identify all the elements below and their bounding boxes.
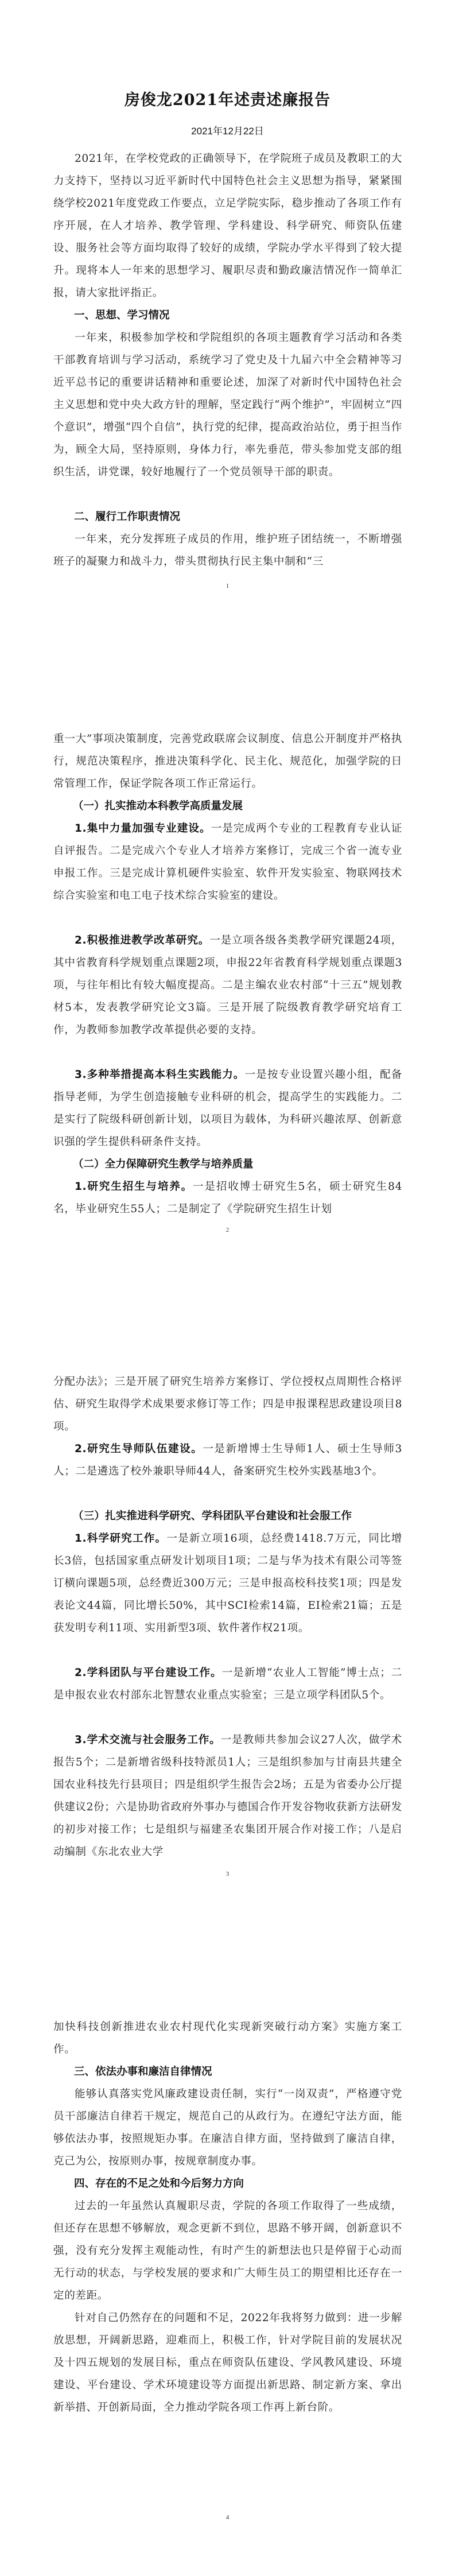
section-4-body-part-2: 针对自己仍然存在的问题和不足，2022年我将努力做到：进一步解放思想，开阔新思路… (53, 2307, 402, 2419)
section-4-body-part-1: 过去的一年虽然认真履职尽责，学院的各项工作取得了一些成绩，但还存在思想不够解放，… (53, 2195, 402, 2307)
section-heading-4: 四、存在的不足之处和今后努力方向 (74, 2172, 244, 2195)
sub3-item-3-part-2: 加快科技创新推进农业农村现代化实现新突破行动方案》实施方案工作。 (53, 2016, 402, 2061)
page-4: 加快科技创新推进农业农村现代化实现新突破行动方案》实施方案工作。 三、依法办事和… (0, 0, 455, 2576)
section-3-body: 能够认真落实党风廉政建设责任制，实行“一岗双责”，严格遵守党员干部廉洁自律若干规… (53, 2083, 402, 2172)
section-heading-3: 三、依法办事和廉洁自律情况 (74, 2061, 212, 2083)
page-number: 4 (0, 2514, 455, 2521)
